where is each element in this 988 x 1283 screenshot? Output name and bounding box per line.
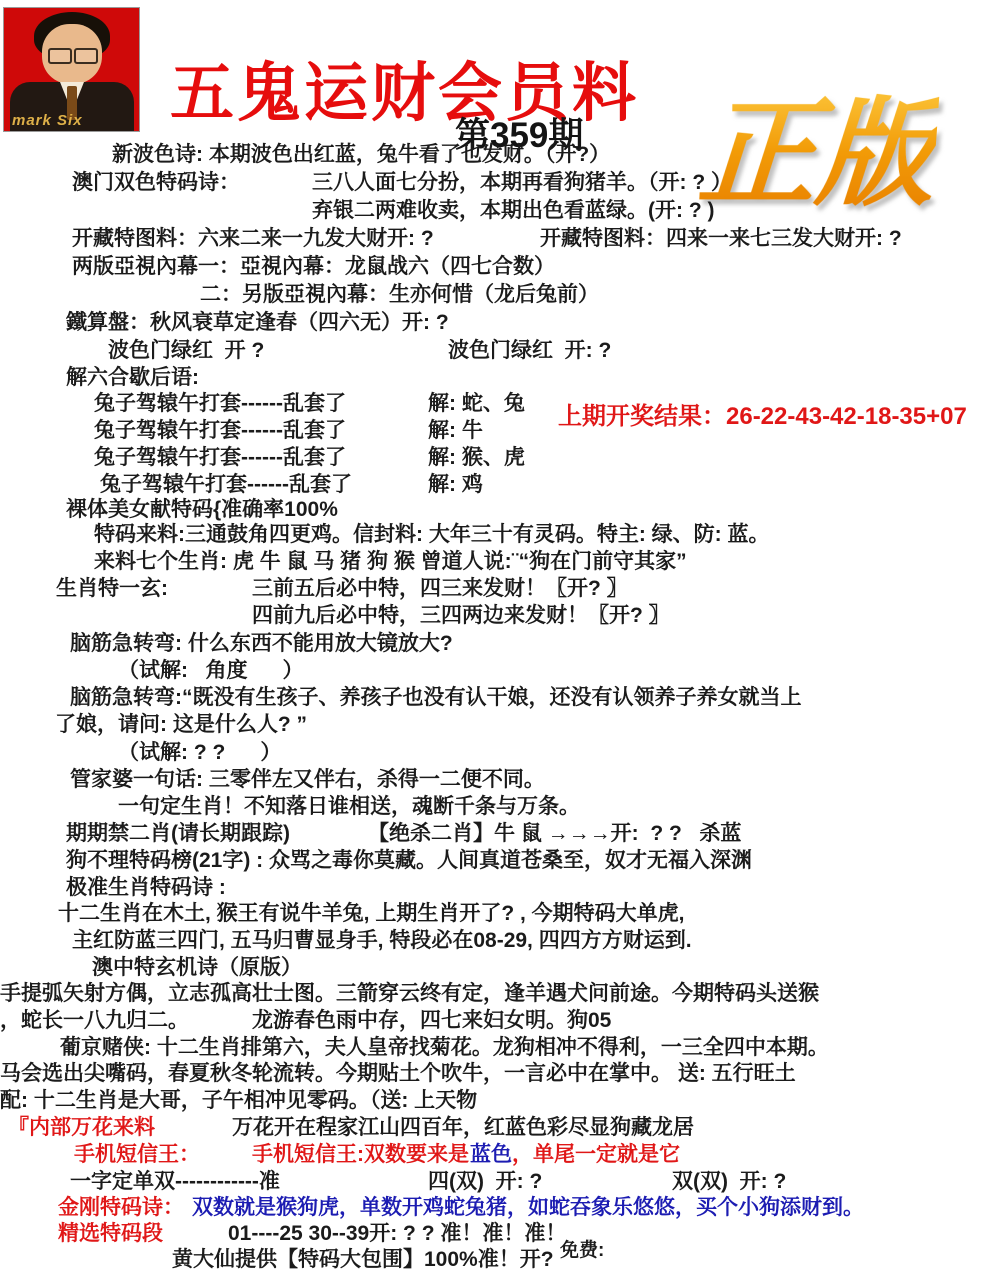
text-line: 手提弧矢射方偶，立志孤高壮士图。三箭穿云终有定，逢羊遇犬问前途。今期特码头送猴: [0, 982, 988, 1009]
text-segment: 脑筋急转弯: 什么东西不能用放大镜放大?: [70, 632, 453, 656]
text-segment: 兔子驾辕午打套------乱套了: [94, 446, 346, 470]
text-segment: 管家婆一句话: 三零伴左又伴右，杀得一二便不同。: [70, 768, 545, 792]
text-segment: 上期开奖结果：26-22-43-42-18-35+07: [558, 403, 967, 431]
text-line: 两版亞視內幕一：亞視內幕：龙鼠战六（四七合数）: [0, 255, 988, 282]
text-line: 手机短信王：手机短信王:双数要来是蓝色，单尾一定就是它: [0, 1143, 988, 1170]
text-segment: 兔子驾辕午打套------乱套了: [100, 473, 352, 497]
text-line: 兔子驾辕午打套------乱套了解: 鸡: [0, 473, 988, 500]
text-line: 裸体美女献特码{准确率100%: [0, 498, 988, 525]
text-line: 一句定生肖！不知落日谁相送，魂断千条与万条。: [0, 795, 988, 822]
text-line: 澳门双色特码诗：三八人面七分扮，本期再看狗猪羊。（开: ? ）: [0, 171, 988, 198]
text-line: 脑筋急转弯:“既没有生孩子、养孩子也没有认干娘，还没有认领养子养女就当上: [0, 686, 988, 713]
text-segment: ，蛇长一八九归二。: [0, 1009, 189, 1033]
text-segment: 手机短信王：: [74, 1143, 200, 1167]
text-segment: 龙游春色雨中存，四七来妇女明。狗05: [252, 1009, 611, 1033]
text-segment: 了娘，请问: 这是什么人? ”: [55, 713, 307, 737]
text-segment: 波色门绿红 开 ?: [108, 339, 264, 363]
text-segment: 黄大仙提供【特码大包围】100%准！开?: [172, 1248, 554, 1272]
text-line: 金刚特码诗：双数就是猴狗虎，单数开鸡蛇兔猪，如蛇吞象乐悠悠，买个小狗添财到。: [0, 1196, 988, 1223]
text-segment: 狗不理特码榜(21字) : 众骂之毒你莫藏。人间真道苍桑至，奴才无福入深渊: [66, 849, 752, 873]
text-segment: 裸体美女献特码{准确率100%: [66, 498, 338, 522]
text-segment: 四(双) 开: ?: [428, 1170, 542, 1194]
text-segment: 蓝色: [470, 1143, 512, 1167]
text-segment: 开藏特图料：四来一来七三发大财开: ?: [540, 227, 902, 251]
text-line: 澳中特玄机诗（原版）: [0, 956, 988, 983]
text-line: 精选特码段01----25 30--39开: ? ? 准！准！准！: [0, 1222, 988, 1249]
text-line: 波色门绿红 开 ?波色门绿红 开: ?: [0, 339, 988, 366]
text-segment: 手机短信王:双数要来是: [252, 1143, 469, 1167]
text-segment: 来料七个生肖: 虎 牛 鼠 马 猪 狗 猴 曾道人说:¨“狗在门前守其家”: [94, 550, 687, 574]
text-line: 狗不理特码榜(21字) : 众骂之毒你莫藏。人间真道苍桑至，奴才无福入深渊: [0, 849, 988, 876]
text-line: 解六合歇后语:: [0, 366, 988, 393]
text-segment: 万花开在程家江山四百年，红蓝色彩尽显狗藏龙居: [232, 1116, 694, 1140]
text-segment: 期期禁二肖(请长期跟踪): [66, 822, 290, 846]
text-line: 生肖特一玄:三前五后必中特，四三来发财！〖开? 〗: [0, 577, 988, 604]
text-segment: 一字定单双------------准: [70, 1170, 280, 1194]
text-segment: 免费:: [560, 1240, 604, 1262]
text-line: （试解: 角度 ）: [0, 659, 988, 686]
photo-caption: mark Six: [12, 112, 83, 129]
text-segment: 配: 十二生肖是大哥，子午相冲见零码。（送: 上天物: [0, 1089, 477, 1113]
glasses-right-shape: [74, 48, 98, 64]
text-segment: 弃银二两难收卖，本期出色看蓝绿。(开: ? ): [312, 199, 714, 223]
text-segment: 澳中特玄机诗（原版）: [92, 956, 302, 980]
text-line: 二：另版亞視內幕：生亦何惜（龙后兔前）: [0, 283, 988, 310]
text-line: 葡京赌侠: 十二生肖排第六，夫人皇帝找菊花。龙狗相冲不得利，一三全四中本期。: [0, 1036, 988, 1063]
text-segment: 金刚特码诗：: [58, 1196, 184, 1220]
text-segment: 鐵算盤：秋风衰草定逢春（四六无）开: ?: [66, 311, 449, 335]
text-line: 四前九后必中特，三四两边来发财！〖开? 〗: [0, 604, 988, 631]
text-segment: 精选特码段: [58, 1222, 163, 1246]
text-line: 十二生肖在木土, 猴王有说牛羊兔, 上期生肖开了? , 今期特码大单虎,: [0, 902, 988, 929]
text-segment: 二：另版亞視內幕：生亦何惜（龙后兔前）: [200, 283, 599, 307]
text-segment: 『内部万花来料: [8, 1116, 155, 1140]
text-segment: 新波色诗: 本期波色出红蓝，兔牛看了也发财。（开?）: [112, 143, 610, 167]
text-segment: 三八人面七分扮，本期再看狗猪羊。（开: ? ）: [312, 171, 732, 195]
text-segment: 一句定生肖！不知落日谁相送，魂断千条与万条。: [118, 795, 580, 819]
text-segment: 开藏特图料：六来二来一九发大财开: ?: [72, 227, 434, 251]
text-line: 了娘，请问: 这是什么人? ”: [0, 713, 988, 740]
text-line: 管家婆一句话: 三零伴左又伴右，杀得一二便不同。: [0, 768, 988, 795]
text-segment: ，单尾一定就是它: [512, 1143, 680, 1167]
text-line: 马会选出尖嘴码，春夏秋冬轮流转。今期贴土个吹牛，一言必中在掌中。 送: 五行旺土: [0, 1062, 988, 1089]
text-segment: （试解: ? ? ）: [118, 741, 281, 765]
text-segment: 生肖特一玄:: [56, 577, 168, 601]
text-line: 开藏特图料：六来二来一九发大财开: ?开藏特图料：四来一来七三发大财开: ?: [0, 227, 988, 254]
text-segment: 解: 猴、虎: [428, 446, 525, 470]
text-line: 主红防蓝三四门, 五马归曹显身手, 特段必在08-29, 四四方方财运到.: [0, 929, 988, 956]
text-segment: 双数就是猴狗虎，单数开鸡蛇兔猪，如蛇吞象乐悠悠，买个小狗添财到。: [192, 1196, 864, 1220]
text-line: 兔子驾辕午打套------乱套了解: 猴、虎: [0, 446, 988, 473]
text-segment: 两版亞視內幕一：亞視內幕：龙鼠战六（四七合数）: [72, 255, 555, 279]
text-line: 『内部万花来料万花开在程家江山四百年，红蓝色彩尽显狗藏龙居: [0, 1116, 988, 1143]
text-segment: 脑筋急转弯:“既没有生孩子、养孩子也没有认干娘，还没有认领养子养女就当上: [70, 686, 802, 710]
text-line: 新波色诗: 本期波色出红蓝，兔牛看了也发财。（开?）: [0, 143, 988, 170]
text-line: 配: 十二生肖是大哥，子午相冲见零码。（送: 上天物: [0, 1089, 988, 1116]
text-line: 特码来料:三通鼓角四更鸡。信封料: 大年三十有灵码。特主: 绿、防: 蓝。: [0, 523, 988, 550]
text-segment: 十二生肖在木土, 猴王有说牛羊兔, 上期生肖开了? , 今期特码大单虎,: [58, 902, 685, 926]
text-segment: 马会选出尖嘴码，春夏秋冬轮流转。今期贴土个吹牛，一言必中在掌中。 送: 五行旺土: [0, 1062, 796, 1086]
text-segment: 双(双) 开: ?: [672, 1170, 786, 1194]
text-line: 黄大仙提供【特码大包围】100%准！开?免费:: [0, 1248, 988, 1275]
text-line: 来料七个生肖: 虎 牛 鼠 马 猪 狗 猴 曾道人说:¨“狗在门前守其家”: [0, 550, 988, 577]
text-segment: 特码来料:三通鼓角四更鸡。信封料: 大年三十有灵码。特主: 绿、防: 蓝。: [94, 523, 769, 547]
text-segment: 解六合歇后语:: [66, 366, 199, 390]
text-line: 期期禁二肖(请长期跟踪)【绝杀二肖】牛 鼠 →→→开: ? ? 杀蓝: [0, 822, 988, 849]
text-segment: （试解: 角度 ）: [118, 659, 304, 683]
text-segment: 解: 鸡: [428, 473, 483, 497]
text-line: 鐵算盤：秋风衰草定逢春（四六无）开: ?: [0, 311, 988, 338]
text-segment: 波色门绿红 开: ?: [448, 339, 611, 363]
portrait-photo: mark Six: [3, 7, 140, 132]
text-segment: 【绝杀二肖】牛 鼠 →→→开: ? ? 杀蓝: [368, 822, 741, 846]
text-segment: 主红防蓝三四门, 五马归曹显身手, 特段必在08-29, 四四方方财运到.: [72, 929, 692, 953]
text-line: （试解: ? ? ）: [0, 741, 988, 768]
text-segment: 葡京赌侠: 十二生肖排第六，夫人皇帝找菊花。龙狗相冲不得利，一三全四中本期。: [60, 1036, 829, 1060]
text-segment: 三前五后必中特，四三来发财！〖开? 〗: [252, 577, 628, 601]
text-line: 一字定单双------------准四(双) 开: ?双(双) 开: ?: [0, 1170, 988, 1197]
text-line: 极准生肖特码诗 :: [0, 876, 988, 903]
text-segment: 四前九后必中特，三四两边来发财！〖开? 〗: [252, 604, 670, 628]
text-line: 脑筋急转弯: 什么东西不能用放大镜放大?: [0, 632, 988, 659]
text-line: ，蛇长一八九归二。龙游春色雨中存，四七来妇女明。狗05: [0, 1009, 988, 1036]
text-segment: 极准生肖特码诗 :: [66, 876, 226, 900]
lottery-tip-sheet: mark Six 五鬼运财会员料 第359期 正版 新波色诗: 本期波色出红蓝，…: [0, 0, 988, 1283]
text-line: 弃银二两难收卖，本期出色看蓝绿。(开: ? ): [0, 199, 988, 226]
text-line: 上期开奖结果：26-22-43-42-18-35+07: [0, 403, 988, 430]
glasses-left-shape: [48, 48, 72, 64]
text-segment: 澳门双色特码诗：: [72, 171, 240, 195]
text-segment: 01----25 30--39开: ? ? 准！准！准！: [228, 1222, 566, 1246]
text-segment: 手提弧矢射方偶，立志孤高壮士图。三箭穿云终有定，逢羊遇犬问前途。今期特码头送猴: [0, 982, 819, 1006]
